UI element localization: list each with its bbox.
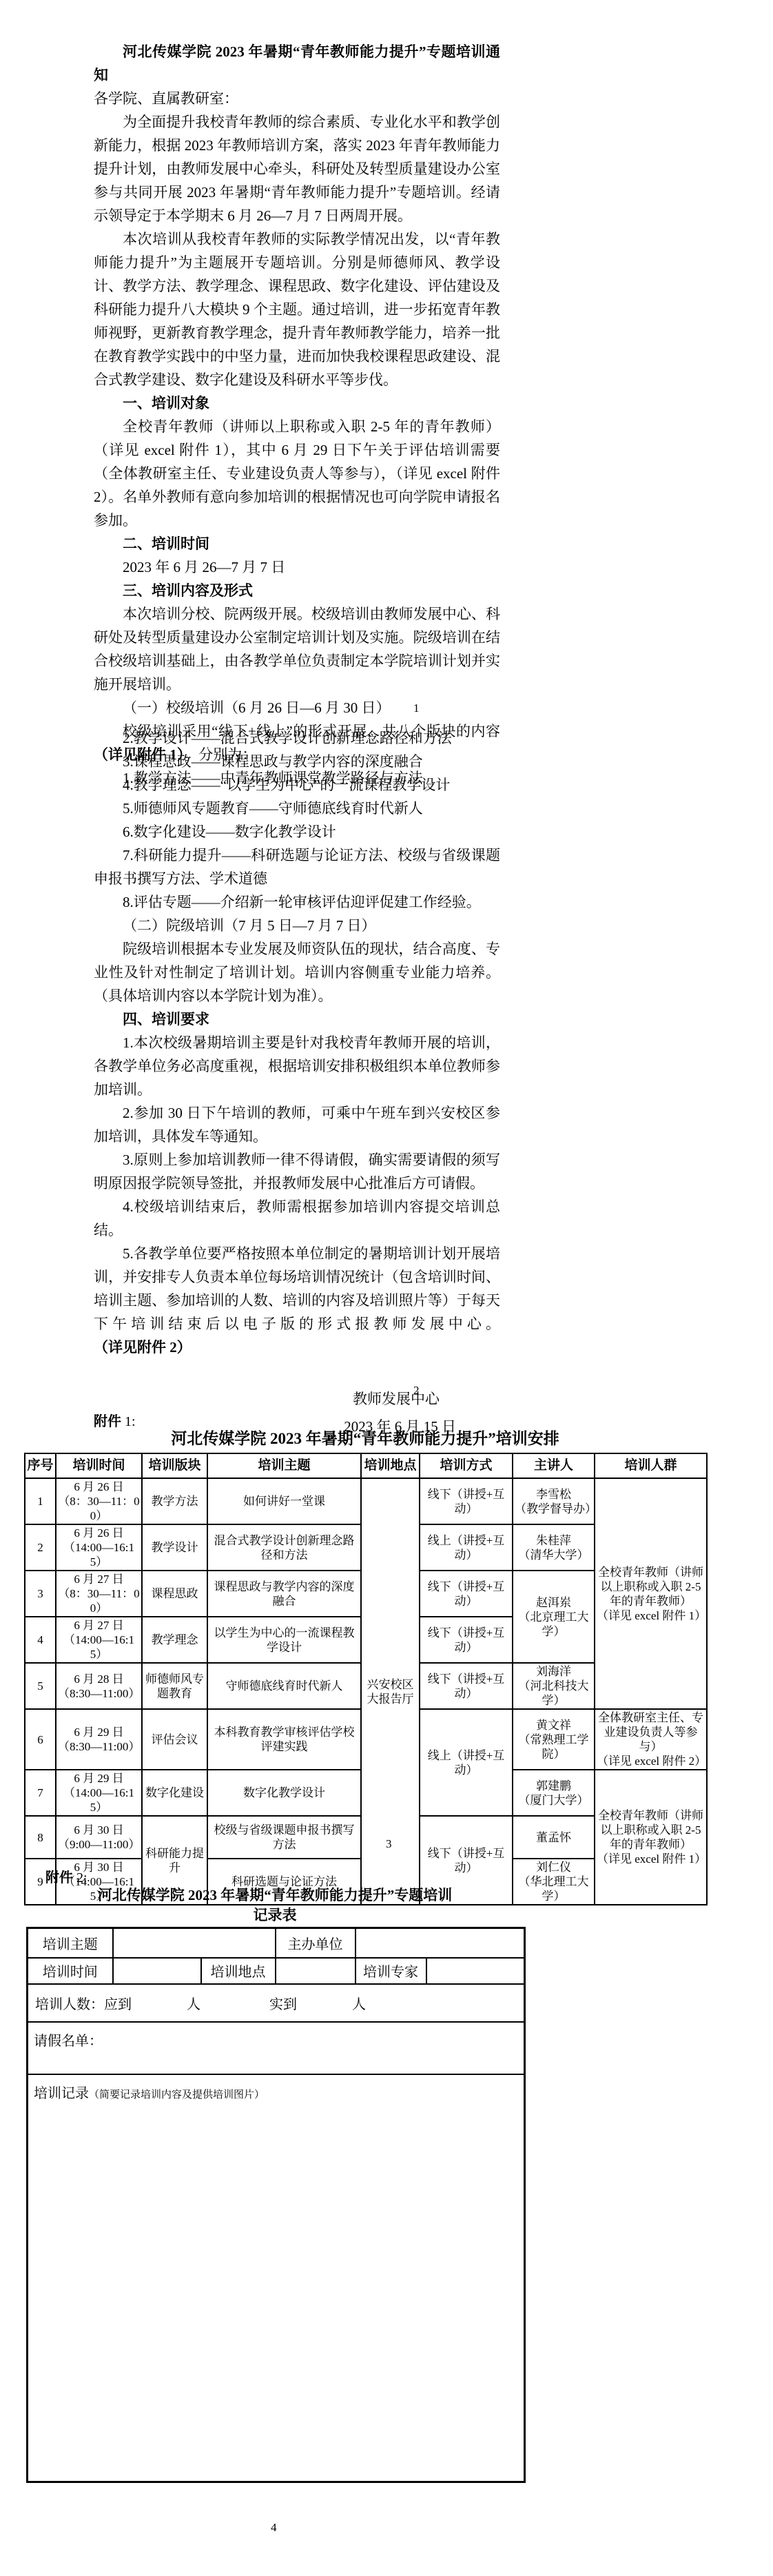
schedule-cell: 6 月 26 日 （8：30—11：00）	[56, 1478, 142, 1524]
schedule-cell: 1	[25, 1478, 56, 1524]
schedule-header-cell: 培训方式	[420, 1453, 513, 1478]
record-label-record-note: （简要记录培训内容及提供培训图片）	[89, 2089, 265, 2100]
notice-page2-paragraphs: 2.教学设计——混合式教学设计创新理念路径和方法3.课程思政——课程思政与教学内…	[94, 726, 500, 1359]
schedule-cell: 课程思政	[142, 1571, 207, 1617]
paragraph-segment: 为全面提升我校青年教师的综合素质、专业化水平和教学创新能力，根据 2023 年教…	[94, 114, 500, 224]
attachment1-title: 河北传媒学院 2023 年暑期“青年教师能力提升”培训安排	[24, 1429, 706, 1449]
paragraph-segment: 二、培训时间	[123, 535, 209, 552]
schedule-header-cell: 培训人群	[595, 1453, 707, 1478]
paragraph-segment: 四、培训要求	[123, 1011, 209, 1028]
schedule-cell: 如何讲好一堂课	[207, 1478, 361, 1524]
schedule-cell: 5	[25, 1663, 56, 1709]
paragraph: 4.校级培训结束后，教师需根据参加培训内容提交培训总结。	[94, 1195, 500, 1242]
record-field-topic	[113, 1928, 276, 1958]
paragraph-segment: 8.评估专题——介绍新一轮审核评估迎评促建工作经验。	[123, 894, 481, 910]
schedule-cell: 线下（讲授+互动）	[420, 1571, 513, 1617]
schedule-cell: 线下（讲授+互动）	[420, 1617, 513, 1663]
schedule-cell: 李雪松 （教学督导办）	[513, 1478, 595, 1524]
paragraph: （一）校级培训（6 月 26 日—6 月 30 日）	[94, 696, 500, 719]
paragraph: 2.教学设计——混合式教学设计创新理念路径和方法	[94, 726, 500, 750]
paragraph: （二）院级培训（7 月 5 日—7 月 7 日）	[94, 914, 500, 937]
schedule-cell: 全体教研室主任、专业建设负责人等参与） （详见 excel 附件 2）	[595, 1709, 707, 1770]
schedule-cell: 8	[25, 1816, 56, 1859]
attachment2-label-bold: 附件	[45, 1870, 76, 1885]
schedule-cell: 6 月 29 日 （14:00—16:15）	[56, 1770, 142, 1816]
paragraph: 3.原则上参加培训教师一律不得请假，确实需要请假的须写明原因报学院领导签批，并报…	[94, 1148, 500, 1195]
paragraph: 本次培训从我校青年教师的实际教学情况出发，以“青年教师能力提升”为主题展开专题培…	[94, 227, 500, 391]
schedule-cell: 6 月 28 日 （8:30—11:00）	[56, 1663, 142, 1709]
record-label-host: 主办单位	[276, 1928, 355, 1958]
record-row-attendance: 培训人数：应到 人 实到 人	[28, 1984, 525, 2022]
schedule-cell: 混合式教学设计创新理念路径和方法	[207, 1524, 361, 1571]
page-number-3: 3	[386, 1837, 392, 1851]
paragraph: 5.各教学单位要严格按照本单位制定的暑期培训计划开展培训，并安排专人负责本单位每…	[94, 1242, 500, 1359]
schedule-header-cell: 序号	[25, 1453, 56, 1478]
schedule-cell: 线上（讲授+互动）	[420, 1709, 513, 1816]
record-row-record: 培训记录（简要记录培训内容及提供培训图片）	[28, 2074, 525, 2482]
schedule-cell: 4	[25, 1617, 56, 1663]
paragraph-segment: 三、培训内容及形式	[123, 582, 253, 599]
paragraph: 为全面提升我校青年教师的综合素质、专业化水平和教学创新能力，根据 2023 年教…	[94, 110, 500, 227]
paragraph-segment: 1.本次校级暑期培训主要是针对我校青年教师开展的培训，各教学单位务必高度重视，根…	[94, 1034, 500, 1098]
schedule-cell: 黄文祥 （常熟理工学院）	[513, 1709, 595, 1770]
paragraph-segment: 2.教学设计——混合式教学设计创新理念路径和方法	[123, 730, 452, 746]
attachment2-title-line1: 河北传媒学院 2023 年暑期“青年教师能力提升”专题培训	[26, 1885, 524, 1905]
schedule-cell: 7	[25, 1770, 56, 1816]
record-field-place	[276, 1958, 355, 1984]
schedule-cell: 师德师风专题教育	[142, 1663, 207, 1709]
paragraph: 全校青年教师（讲师以上职称或入职 2-5 年的青年教师）（详见 excel 附件…	[94, 415, 500, 532]
record-field-host	[355, 1928, 525, 1958]
schedule-cell: 守师德底线育时代新人	[207, 1663, 361, 1709]
paragraph: 4.教学理念——“以学生为中心”的一流课程教学设计	[94, 773, 500, 797]
record-row-leave: 请假名单：	[28, 2022, 525, 2074]
schedule-header-cell: 培训地点	[361, 1453, 420, 1478]
paragraph-segment: （一）校级培训（6 月 26 日—6 月 30 日）	[123, 699, 391, 716]
record-label-leave: 请假名单：	[28, 2022, 525, 2074]
paragraph-segment: 4.教学理念——“以学生为中心”的一流课程教学设计	[123, 777, 450, 793]
schedule-cell: 6 月 27 日 （14:00—16:15）	[56, 1617, 142, 1663]
notice-title: 河北传媒学院 2023 年暑期“青年教师能力提升”专题培训通知	[94, 40, 500, 87]
attachment2-title-line2: 记录表	[26, 1905, 524, 1925]
schedule-cell: 校级与省级课题申报书撰写方法	[207, 1816, 361, 1859]
paragraph: 1.本次校级暑期培训主要是针对我校青年教师开展的培训，各教学单位务必高度重视，根…	[94, 1031, 500, 1101]
document-page: 河北传媒学院 2023 年暑期“青年教师能力提升”专题培训通知 各学院、直属教研…	[0, 0, 773, 2576]
attachment1-label-num: 1:	[125, 1414, 136, 1429]
record-row-topic: 培训主题 主办单位	[28, 1928, 525, 1958]
paragraph-segment: 5.各教学单位要严格按照本单位制定的暑期培训计划开展培训，并安排专人负责本单位每…	[94, 1245, 500, 1332]
paragraph: 一、培训对象	[94, 391, 500, 415]
paragraph-segment: 4.校级培训结束后，教师需根据参加培训内容提交培训总结。	[94, 1198, 500, 1238]
record-label-record: 培训记录	[34, 2086, 89, 2101]
page-number-2: 2	[413, 1384, 420, 1398]
schedule-row: 16 月 26 日 （8：30—11：00）教学方法如何讲好一堂课兴安校区大报告…	[25, 1478, 707, 1524]
schedule-cell: 6 月 29 日 （8:30—11:00）	[56, 1709, 142, 1770]
paragraph: 5.师德师风专题教育——守师德底线育时代新人	[94, 797, 500, 820]
training-schedule-table: 序号培训时间培训版块培训主题培训地点培训方式主讲人培训人群16 月 26 日 （…	[24, 1453, 708, 1905]
paragraph-segment: 一、培训对象	[123, 395, 209, 411]
page-number-1: 1	[413, 702, 420, 715]
paragraph: 8.评估专题——介绍新一轮审核评估迎评促建工作经验。	[94, 890, 500, 914]
paragraph-segment: （二）院级培训（7 月 5 日—7 月 7 日）	[123, 917, 376, 934]
paragraph-segment: 院级培训根据本专业发展及师资队伍的现状，结合高度、专业性及针对性制定了培训计划。…	[94, 941, 500, 1004]
schedule-cell: 教学方法	[142, 1478, 207, 1524]
schedule-cell: 本科教育教学审核评估学校评建实践	[207, 1709, 361, 1770]
schedule-cell: 教学理念	[142, 1617, 207, 1663]
schedule-cell: 全校青年教师（讲师以上职称或入职 2-5 年的青年教师） （详见 excel 附…	[595, 1770, 707, 1905]
record-field-expert	[426, 1958, 525, 1984]
schedule-cell: 赵洱岽 （北京理工大学）	[513, 1571, 595, 1663]
schedule-cell: 朱桂萍 （清华大学）	[513, 1524, 595, 1571]
paragraph-segment: 5.师德师风专题教育——守师德底线育时代新人	[123, 800, 423, 817]
schedule-header-cell: 培训时间	[56, 1453, 142, 1478]
record-label-place: 培训地点	[201, 1958, 276, 1984]
schedule-cell: 6 月 30 日 （9:00—11:00）	[56, 1816, 142, 1859]
paragraph: 二、培训时间	[94, 532, 500, 555]
paragraph-segment: 3.课程思政——课程思政与教学内容的深度融合	[123, 753, 423, 770]
record-label-time: 培训时间	[28, 1958, 113, 1984]
paragraph: 本次培训分校、院两级开展。校级培训由教师发展中心、科研处及转型质量建设办公室制定…	[94, 602, 500, 696]
schedule-header-cell: 培训版块	[142, 1453, 207, 1478]
schedule-cell: 刘海洋 （河北科技大学）	[513, 1663, 595, 1709]
attachment2-label-num: 2:	[76, 1870, 87, 1885]
schedule-cell: 数字化建设	[142, 1770, 207, 1816]
paragraph: 3.课程思政——课程思政与教学内容的深度融合	[94, 750, 500, 773]
paragraph: 2.参加 30 日下午培训的教师，可乘中午班车到兴安校区参加培训，具体发车等通知…	[94, 1101, 500, 1148]
paragraph: 2023 年 6 月 26—7 月 7 日	[94, 555, 500, 579]
schedule-cell: 2	[25, 1524, 56, 1571]
notice-page2: 2.教学设计——混合式教学设计创新理念路径和方法3.课程思政——课程思政与教学内…	[94, 726, 500, 1440]
schedule-cell: 线上（讲授+互动）	[420, 1524, 513, 1571]
schedule-cell: 6 月 26 日 （14:00—16:15）	[56, 1524, 142, 1571]
paragraph-segment: 全校青年教师（讲师以上职称或入职 2-5 年的青年教师）（详见 excel 附件…	[94, 418, 500, 529]
record-field-time	[113, 1958, 201, 1984]
page-number-4: 4	[271, 2521, 277, 2535]
paragraph-segment: 本次培训分校、院两级开展。校级培训由教师发展中心、科研处及转型质量建设办公室制定…	[94, 606, 500, 693]
paragraph-segment: 3.原则上参加培训教师一律不得请假，确实需要请假的须写明原因报学院领导签批，并报…	[94, 1152, 500, 1192]
schedule-cell: 线下（讲授+互动）	[420, 1663, 513, 1709]
notice-page1-paragraphs: 各学院、直属教研室：为全面提升我校青年教师的综合素质、专业化水平和教学创新能力，…	[94, 87, 500, 790]
paragraph-segment: 2.参加 30 日下午培训的教师，可乘中午班车到兴安校区参加培训，具体发车等通知…	[94, 1105, 500, 1145]
schedule-cell: 郭建鹏 （厦门大学）	[513, 1770, 595, 1816]
record-form-table: 培训主题 主办单位 培训时间 培训地点 培训专家 培训人数：应到 人 实到 人 …	[26, 1927, 526, 2483]
attachment2-label: 附件 2:	[45, 1866, 87, 1886]
record-label-topic: 培训主题	[28, 1928, 113, 1958]
schedule-cell: 以学生为中心的一流课程教学设计	[207, 1617, 361, 1663]
record-cell-record: 培训记录（简要记录培训内容及提供培训图片）	[28, 2074, 525, 2482]
record-row-time: 培训时间 培训地点 培训专家	[28, 1958, 525, 1984]
record-label-expert: 培训专家	[355, 1958, 426, 1984]
paragraph: 6.数字化建设——数字化教学设计	[94, 820, 500, 844]
paragraph-segment: 6.数字化建设——数字化教学设计	[123, 824, 336, 840]
attachment1-label: 附件 1:	[94, 1410, 136, 1430]
paragraph: 三、培训内容及形式	[94, 579, 500, 602]
signature-org: 教师发展中心	[94, 1385, 500, 1413]
schedule-cell: 教学设计	[142, 1524, 207, 1571]
attachment2-title: 河北传媒学院 2023 年暑期“青年教师能力提升”专题培训 记录表	[26, 1885, 524, 1925]
notice-page1: 河北传媒学院 2023 年暑期“青年教师能力提升”专题培训通知 各学院、直属教研…	[94, 40, 500, 790]
schedule-cell: 6 月 27 日 （8：30—11：00）	[56, 1571, 142, 1617]
attachment1-label-bold: 附件	[94, 1414, 125, 1429]
paragraph-bold-segment: （详见附件 2）	[94, 1339, 192, 1356]
paragraph: 7.科研能力提升——科研选题与论证方法、校级与省级课题申报书撰写方法、学术道德	[94, 844, 500, 890]
schedule-cell: 董孟怀	[513, 1816, 595, 1859]
paragraph-segment: 各学院、直属教研室：	[94, 90, 238, 107]
schedule-cell: 全校青年教师（讲师以上职称或入职 2-5 年的青年教师） （详见 excel 附…	[595, 1478, 707, 1709]
paragraph-segment: 本次培训从我校青年教师的实际教学情况出发，以“青年教师能力提升”为主题展开专题培…	[94, 231, 500, 388]
schedule-cell: 线下（讲授+互动）	[420, 1478, 513, 1524]
schedule-header-cell: 主讲人	[513, 1453, 595, 1478]
schedule-header-cell: 培训主题	[207, 1453, 361, 1478]
paragraph: 院级培训根据本专业发展及师资队伍的现状，结合高度、专业性及针对性制定了培训计划。…	[94, 937, 500, 1008]
schedule-cell: 课程思政与教学内容的深度融合	[207, 1571, 361, 1617]
schedule-cell: 评估会议	[142, 1709, 207, 1770]
schedule-header-row: 序号培训时间培训版块培训主题培训地点培训方式主讲人培训人群	[25, 1453, 707, 1478]
record-label-attendance: 培训人数：应到 人 实到 人	[28, 1984, 525, 2022]
paragraph: 四、培训要求	[94, 1008, 500, 1031]
schedule-cell: 刘仁仪 （华北理工大学）	[513, 1859, 595, 1905]
schedule-cell: 数字化教学设计	[207, 1770, 361, 1816]
schedule-cell: 3	[25, 1571, 56, 1617]
paragraph-segment: 7.科研能力提升——科研选题与论证方法、校级与省级课题申报书撰写方法、学术道德	[94, 847, 500, 887]
paragraph-segment: 2023 年 6 月 26—7 月 7 日	[123, 559, 285, 575]
schedule-cell: 6	[25, 1709, 56, 1770]
paragraph: 各学院、直属教研室：	[94, 87, 500, 110]
